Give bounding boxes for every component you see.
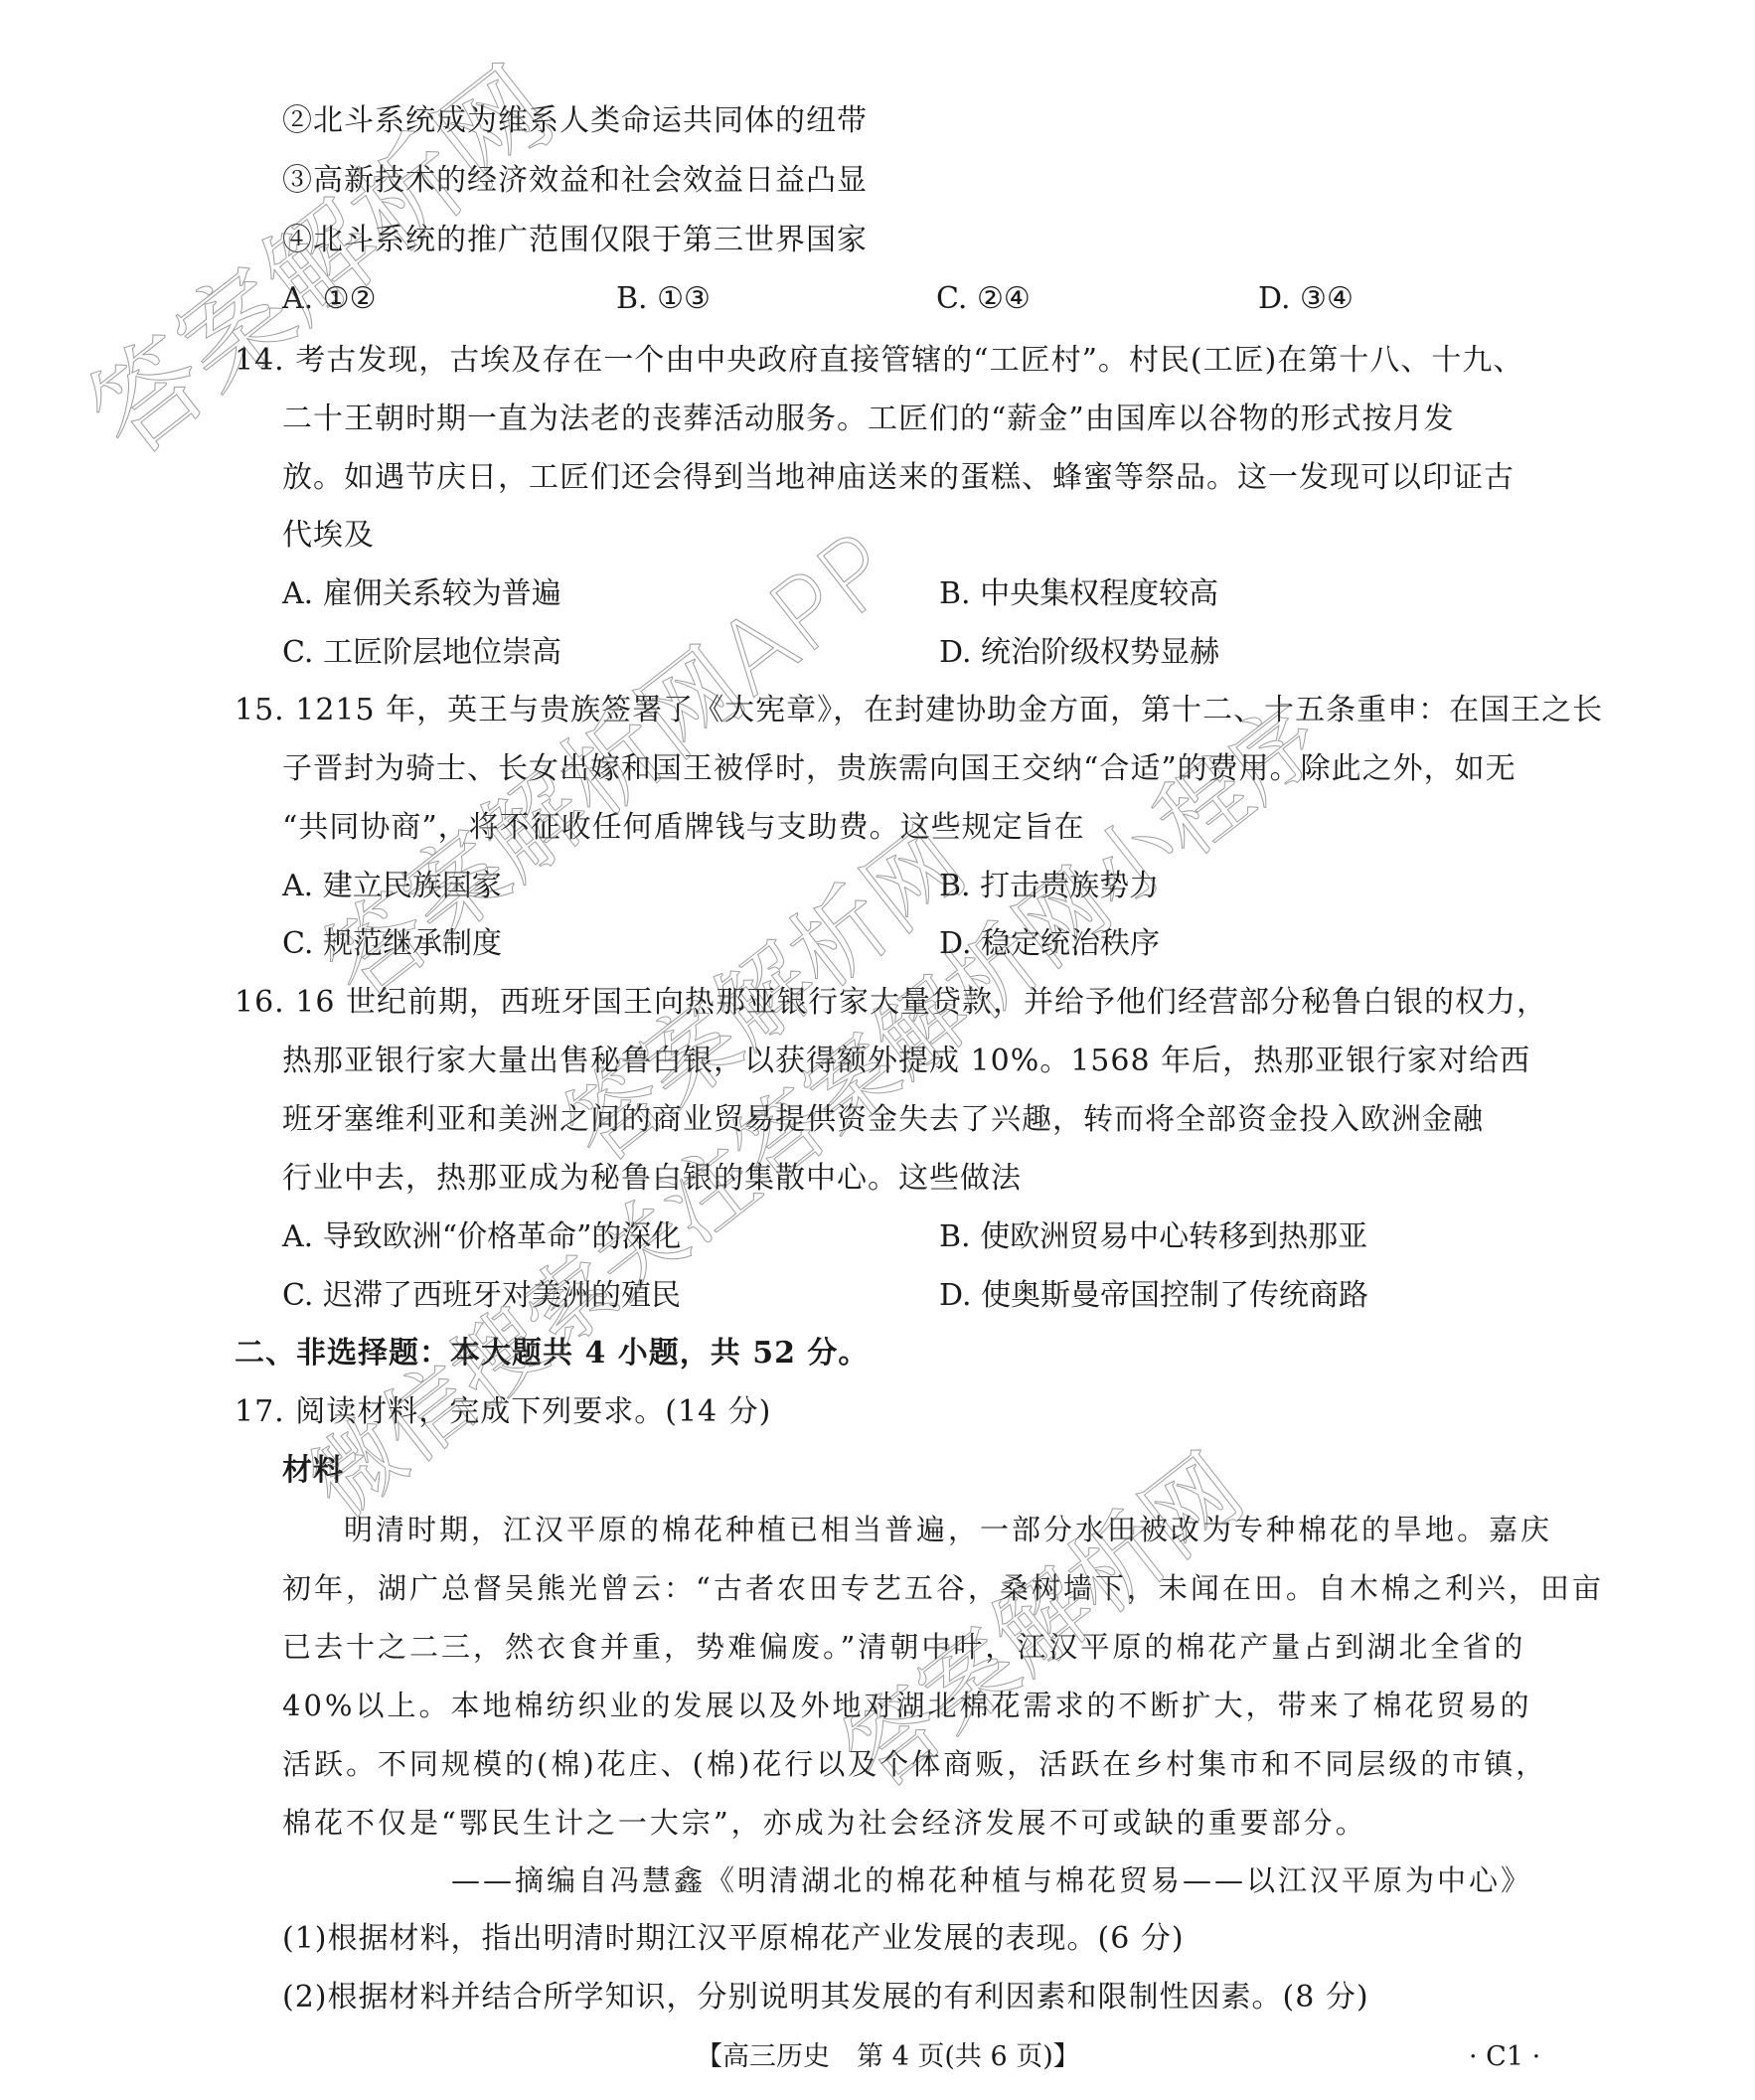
q16-line-1: 16. 16 世纪前期，西班牙国王向热那亚银行家大量贷款，并给予他们经营部分秘鲁… bbox=[235, 983, 1547, 1023]
material-line-4: 40%以上。本地棉纺织业的发展以及外地对湖北棉花需求的不断扩大，带来了棉花贸易的 bbox=[282, 1686, 1531, 1725]
q13-option-c: C. ②④ bbox=[936, 279, 1031, 319]
material-line-2: 初年，湖广总督吴熊光曾云：“古者农田专艺五谷，桑树墙下，未闻在田。自木棉之利兴，… bbox=[282, 1568, 1604, 1608]
material-line-5: 活跃。不同规模的(棉)花庄、(棉)花行以及个体商贩，活跃在乡村集市和不同层级的市… bbox=[282, 1744, 1547, 1784]
q17-prompt: 17. 阅读材料，完成下列要求。(14 分) bbox=[235, 1392, 771, 1432]
material-line-6: 棉花不仅是“鄂民生计之一大宗”，亦成为社会经济发展不可或缺的重要部分。 bbox=[282, 1803, 1367, 1843]
q14-option-a: A. 雇佣关系较为普遍 bbox=[282, 574, 561, 614]
q13-item-2: ②北斗系统成为维系人类命运共同体的纽带 bbox=[282, 101, 868, 141]
q13-option-a: A. ①② bbox=[282, 279, 377, 319]
q13-option-b: B. ①③ bbox=[616, 279, 711, 319]
q16-option-c: C. 迟滞了西班牙对美洲的殖民 bbox=[282, 1276, 681, 1316]
q16-line-2: 热那亚银行家大量出售秘鲁白银，以获得额外提成 10%。1568 年后，热那亚银行… bbox=[282, 1042, 1530, 1081]
q16-line-3: 班牙塞维利亚和美洲之间的商业贸易提供资金失去了兴趣，转而将全部资金投入欧洲金融 bbox=[282, 1100, 1484, 1140]
q17-subquestion-1: (1)根据材料，指出明清时期江汉平原棉花产业发展的表现。(6 分) bbox=[282, 1919, 1185, 1959]
q16-option-d: D. 使奥斯曼帝国控制了传统商路 bbox=[939, 1276, 1368, 1316]
material-line-3: 已去十之二三，然衣食并重，势难偏废。”清朝中叶，江汉平原的棉花产量占到湖北全省的 bbox=[282, 1627, 1525, 1667]
q14-line-1: 14. 考古发现，古埃及存在一个由中央政府直接管辖的“工匠村”。村民(工匠)在第… bbox=[235, 341, 1523, 381]
q14-line-4: 代埃及 bbox=[282, 516, 375, 556]
page-footer: 【高三历史 第 4 页(共 6 页)】 bbox=[696, 2039, 1080, 2075]
q16-option-a: A. 导致欧洲“价格革命”的深化 bbox=[282, 1217, 681, 1257]
material-line-1: 明清时期，江汉平原的棉花种植已相当普遍，一部分水田被改为专种棉花的旱地。嘉庆 bbox=[344, 1510, 1552, 1549]
q14-option-b: B. 中央集权程度较高 bbox=[939, 574, 1218, 614]
q16-option-b: B. 使欧洲贸易中心转移到热那亚 bbox=[939, 1217, 1367, 1257]
q13-item-4: ④北斗系统的推广范围仅限于第三世界国家 bbox=[282, 221, 868, 260]
q13-item-3: ③高新技术的经济效益和社会效益日益凸显 bbox=[282, 161, 868, 201]
q15-line-2: 子晋封为骑士、长女出嫁和国王被俘时，贵族需向国王交纳“合适”的费用。除此之外，如… bbox=[282, 749, 1516, 789]
material-label: 材料 bbox=[282, 1451, 344, 1491]
q14-line-2: 二十王朝时期一直为法老的丧葬活动服务。工匠们的“薪金”由国库以谷物的形式按月发 bbox=[282, 400, 1455, 439]
q15-option-b: B. 打击贵族势力 bbox=[939, 867, 1159, 906]
q14-option-d: D. 统治阶级权势显赫 bbox=[939, 633, 1219, 673]
q15-option-c: C. 规范继承制度 bbox=[282, 924, 502, 964]
section-2-heading: 二、非选择题：本大题共 4 小题，共 52 分。 bbox=[235, 1334, 869, 1373]
q13-option-d: D. ③④ bbox=[1258, 279, 1354, 319]
q17-subquestion-2: (2)根据材料并结合所学知识，分别说明其发展的有利因素和限制性因素。(8 分) bbox=[282, 1978, 1369, 2018]
q15-line-3: “共同协商”，将不征收任何盾牌钱与支助费。这些规定旨在 bbox=[282, 808, 1085, 848]
q15-option-a: A. 建立民族国家 bbox=[282, 867, 502, 906]
q16-line-4: 行业中去，热那亚成为秘鲁白银的集散中心。这些做法 bbox=[282, 1159, 1022, 1199]
q15-line-1: 15. 1215 年，英王与贵族签署了《大宪章》，在封建协助金方面，第十二、十五… bbox=[235, 691, 1603, 730]
q14-option-c: C. 工匠阶层地位崇高 bbox=[282, 633, 561, 673]
q15-option-d: D. 稳定统治秩序 bbox=[939, 924, 1160, 964]
q14-line-3: 放。如遇节庆日，工匠们还会得到当地神庙送来的蛋糕、蜂蜜等祭品。这一发现可以印证古 bbox=[282, 458, 1515, 498]
material-source: ——摘编自冯慧鑫《明清湖北的棉花种植与棉花贸易——以江汉平原为中心》 bbox=[451, 1860, 1532, 1900]
paper-code: · C1 · bbox=[1469, 2039, 1540, 2075]
